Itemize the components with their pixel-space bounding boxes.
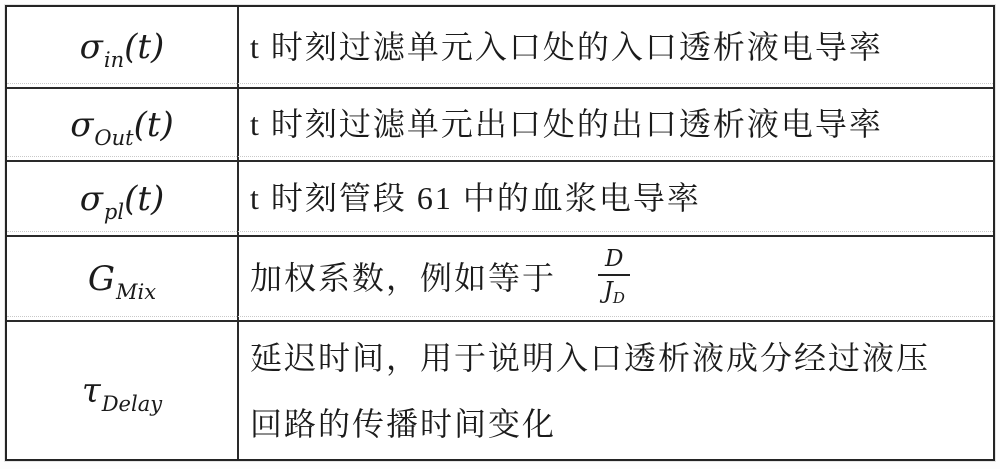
symbol-cell: GMix <box>7 237 239 320</box>
denominator-subscript: D <box>613 289 625 307</box>
symbol-subscript: Delay <box>102 392 162 416</box>
table-row: σin(t) t 时刻过滤单元入口处的入口透析液电导率 <box>7 7 993 87</box>
symbol-subscript: in <box>104 48 124 72</box>
symbol-base: σ <box>80 27 103 67</box>
table-row: τDelay 延迟时间，用于说明入口透析液成分经过液压 回路的传播时间变化 <box>7 320 993 459</box>
math-symbol-g-mix: GMix <box>88 262 156 296</box>
table-row: σOut(t) t 时刻过滤单元出口处的出口透析液电导率 <box>7 87 993 160</box>
fraction-numerator: D <box>598 247 630 276</box>
description-cell: 加权系数，例如等于 D JD <box>239 237 993 320</box>
math-symbol-tau-delay: τDelay <box>82 374 162 408</box>
symbol-subscript: Mix <box>116 280 156 304</box>
symbol-base: σ <box>80 179 103 219</box>
fraction-d-over-jd: D JD <box>598 247 630 307</box>
math-symbol-sigma-out: σOut(t) <box>70 108 174 142</box>
symbol-cell: σpl(t) <box>7 162 239 235</box>
description-text: t 时刻管段 61 中的血浆电导率 <box>250 180 701 217</box>
description-cell: t 时刻过滤单元出口处的出口透析液电导率 <box>239 89 993 160</box>
symbol-argument: (t) <box>124 179 164 219</box>
description-cell: t 时刻管段 61 中的血浆电导率 <box>239 162 993 235</box>
table-row: GMix 加权系数，例如等于 D JD <box>7 235 993 320</box>
symbol-subscript: Out <box>94 126 133 150</box>
description-line-2: 回路的传播时间变化 <box>250 391 930 457</box>
symbol-cell: σOut(t) <box>7 89 239 160</box>
math-symbol-sigma-in: σin(t) <box>80 30 165 64</box>
description-text: t 时刻过滤单元出口处的出口透析液电导率 <box>250 106 883 143</box>
symbol-definition-table: σin(t) t 时刻过滤单元入口处的入口透析液电导率 σOut(t) t 时刻… <box>5 5 995 461</box>
symbol-cell: τDelay <box>7 322 239 459</box>
description-text: t 时刻过滤单元入口处的入口透析液电导率 <box>250 29 883 66</box>
description-cell: 延迟时间，用于说明入口透析液成分经过液压 回路的传播时间变化 <box>239 322 993 459</box>
symbol-argument: (t) <box>124 27 164 67</box>
math-symbol-sigma-pl: σpl(t) <box>80 182 165 216</box>
symbol-base: σ <box>70 105 93 145</box>
description-cell: t 时刻过滤单元入口处的入口透析液电导率 <box>239 7 993 87</box>
symbol-subscript: pl <box>104 200 124 224</box>
description-multiline: 延迟时间，用于说明入口透析液成分经过液压 回路的传播时间变化 <box>250 325 930 457</box>
denominator-base: J <box>604 278 613 304</box>
symbol-argument: (t) <box>134 105 174 145</box>
description-text: 加权系数，例如等于 <box>250 260 556 297</box>
symbol-base: G <box>88 259 115 299</box>
table-row: σpl(t) t 时刻管段 61 中的血浆电导率 <box>7 160 993 235</box>
symbol-base: τ <box>82 371 101 411</box>
fraction-denominator: JD <box>604 276 625 307</box>
description-line-1: 延迟时间，用于说明入口透析液成分经过液压 <box>250 325 930 391</box>
symbol-cell: σin(t) <box>7 7 239 87</box>
